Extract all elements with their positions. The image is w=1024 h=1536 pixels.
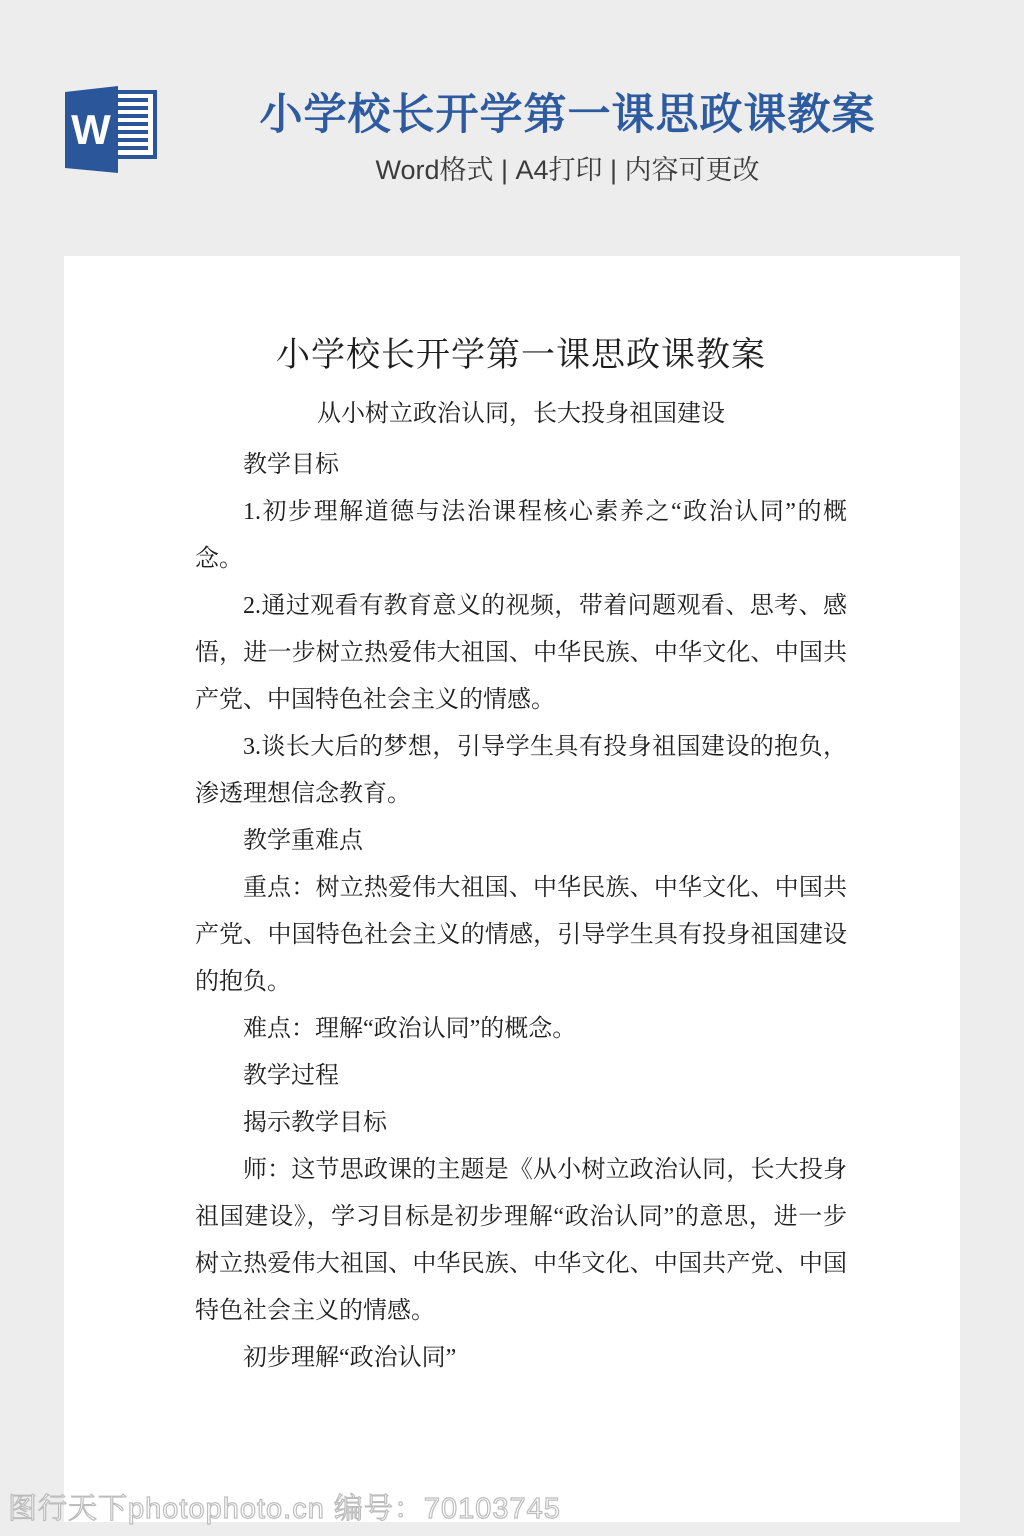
paragraph: 揭示教学目标 — [195, 1100, 847, 1147]
paragraph: 教学目标 — [195, 442, 847, 489]
header-text: 小学校长开学第一课思政课教案 Word格式 | A4打印 | 内容可更改 — [175, 80, 960, 186]
document-body: 教学目标1.初步理解道德与法治课程核心素养之“政治认同”的概念。2.通过观看有教… — [195, 442, 847, 1382]
word-icon-letter: W — [71, 106, 111, 153]
paragraph: 3.谈长大后的梦想，引导学生具有投身祖国建设的抱负，渗透理想信念教育。 — [195, 724, 847, 818]
document-page: 小学校长开学第一课思政课教案 从小树立政治认同，长大投身祖国建设 教学目标1.初… — [64, 256, 960, 1522]
document-title: 小学校长开学第一课思政课教案 — [195, 334, 847, 378]
word-icon: W — [57, 80, 175, 198]
paragraph: 师：这节思政课的主题是《从小树立政治认同，长大投身祖国建设》，学习目标是初步理解… — [195, 1147, 847, 1335]
paragraph: 2.通过观看有教育意义的视频，带着问题观看、思考、感悟，进一步树立热爱伟大祖国、… — [195, 583, 847, 724]
paragraph: 教学过程 — [195, 1053, 847, 1100]
page-subtitle: Word格式 | A4打印 | 内容可更改 — [175, 154, 960, 186]
page-title: 小学校长开学第一课思政课教案 — [175, 90, 960, 140]
watermark: 图行天下photophoto.cn 编号：70103745 — [8, 1494, 561, 1524]
header: W 小学校长开学第一课思政课教案 Word格式 | A4打印 | 内容可更改 — [57, 80, 960, 200]
paragraph: 难点：理解“政治认同”的概念。 — [195, 1006, 847, 1053]
paragraph: 教学重难点 — [195, 818, 847, 865]
paragraph: 初步理解“政治认同” — [195, 1335, 847, 1382]
paragraph: 重点：树立热爱伟大祖国、中华民族、中华文化、中国共产党、中国特色社会主义的情感，… — [195, 865, 847, 1006]
paragraph: 1.初步理解道德与法治课程核心素养之“政治认同”的概念。 — [195, 489, 847, 583]
document-subtitle: 从小树立政治认同，长大投身祖国建设 — [195, 398, 847, 430]
